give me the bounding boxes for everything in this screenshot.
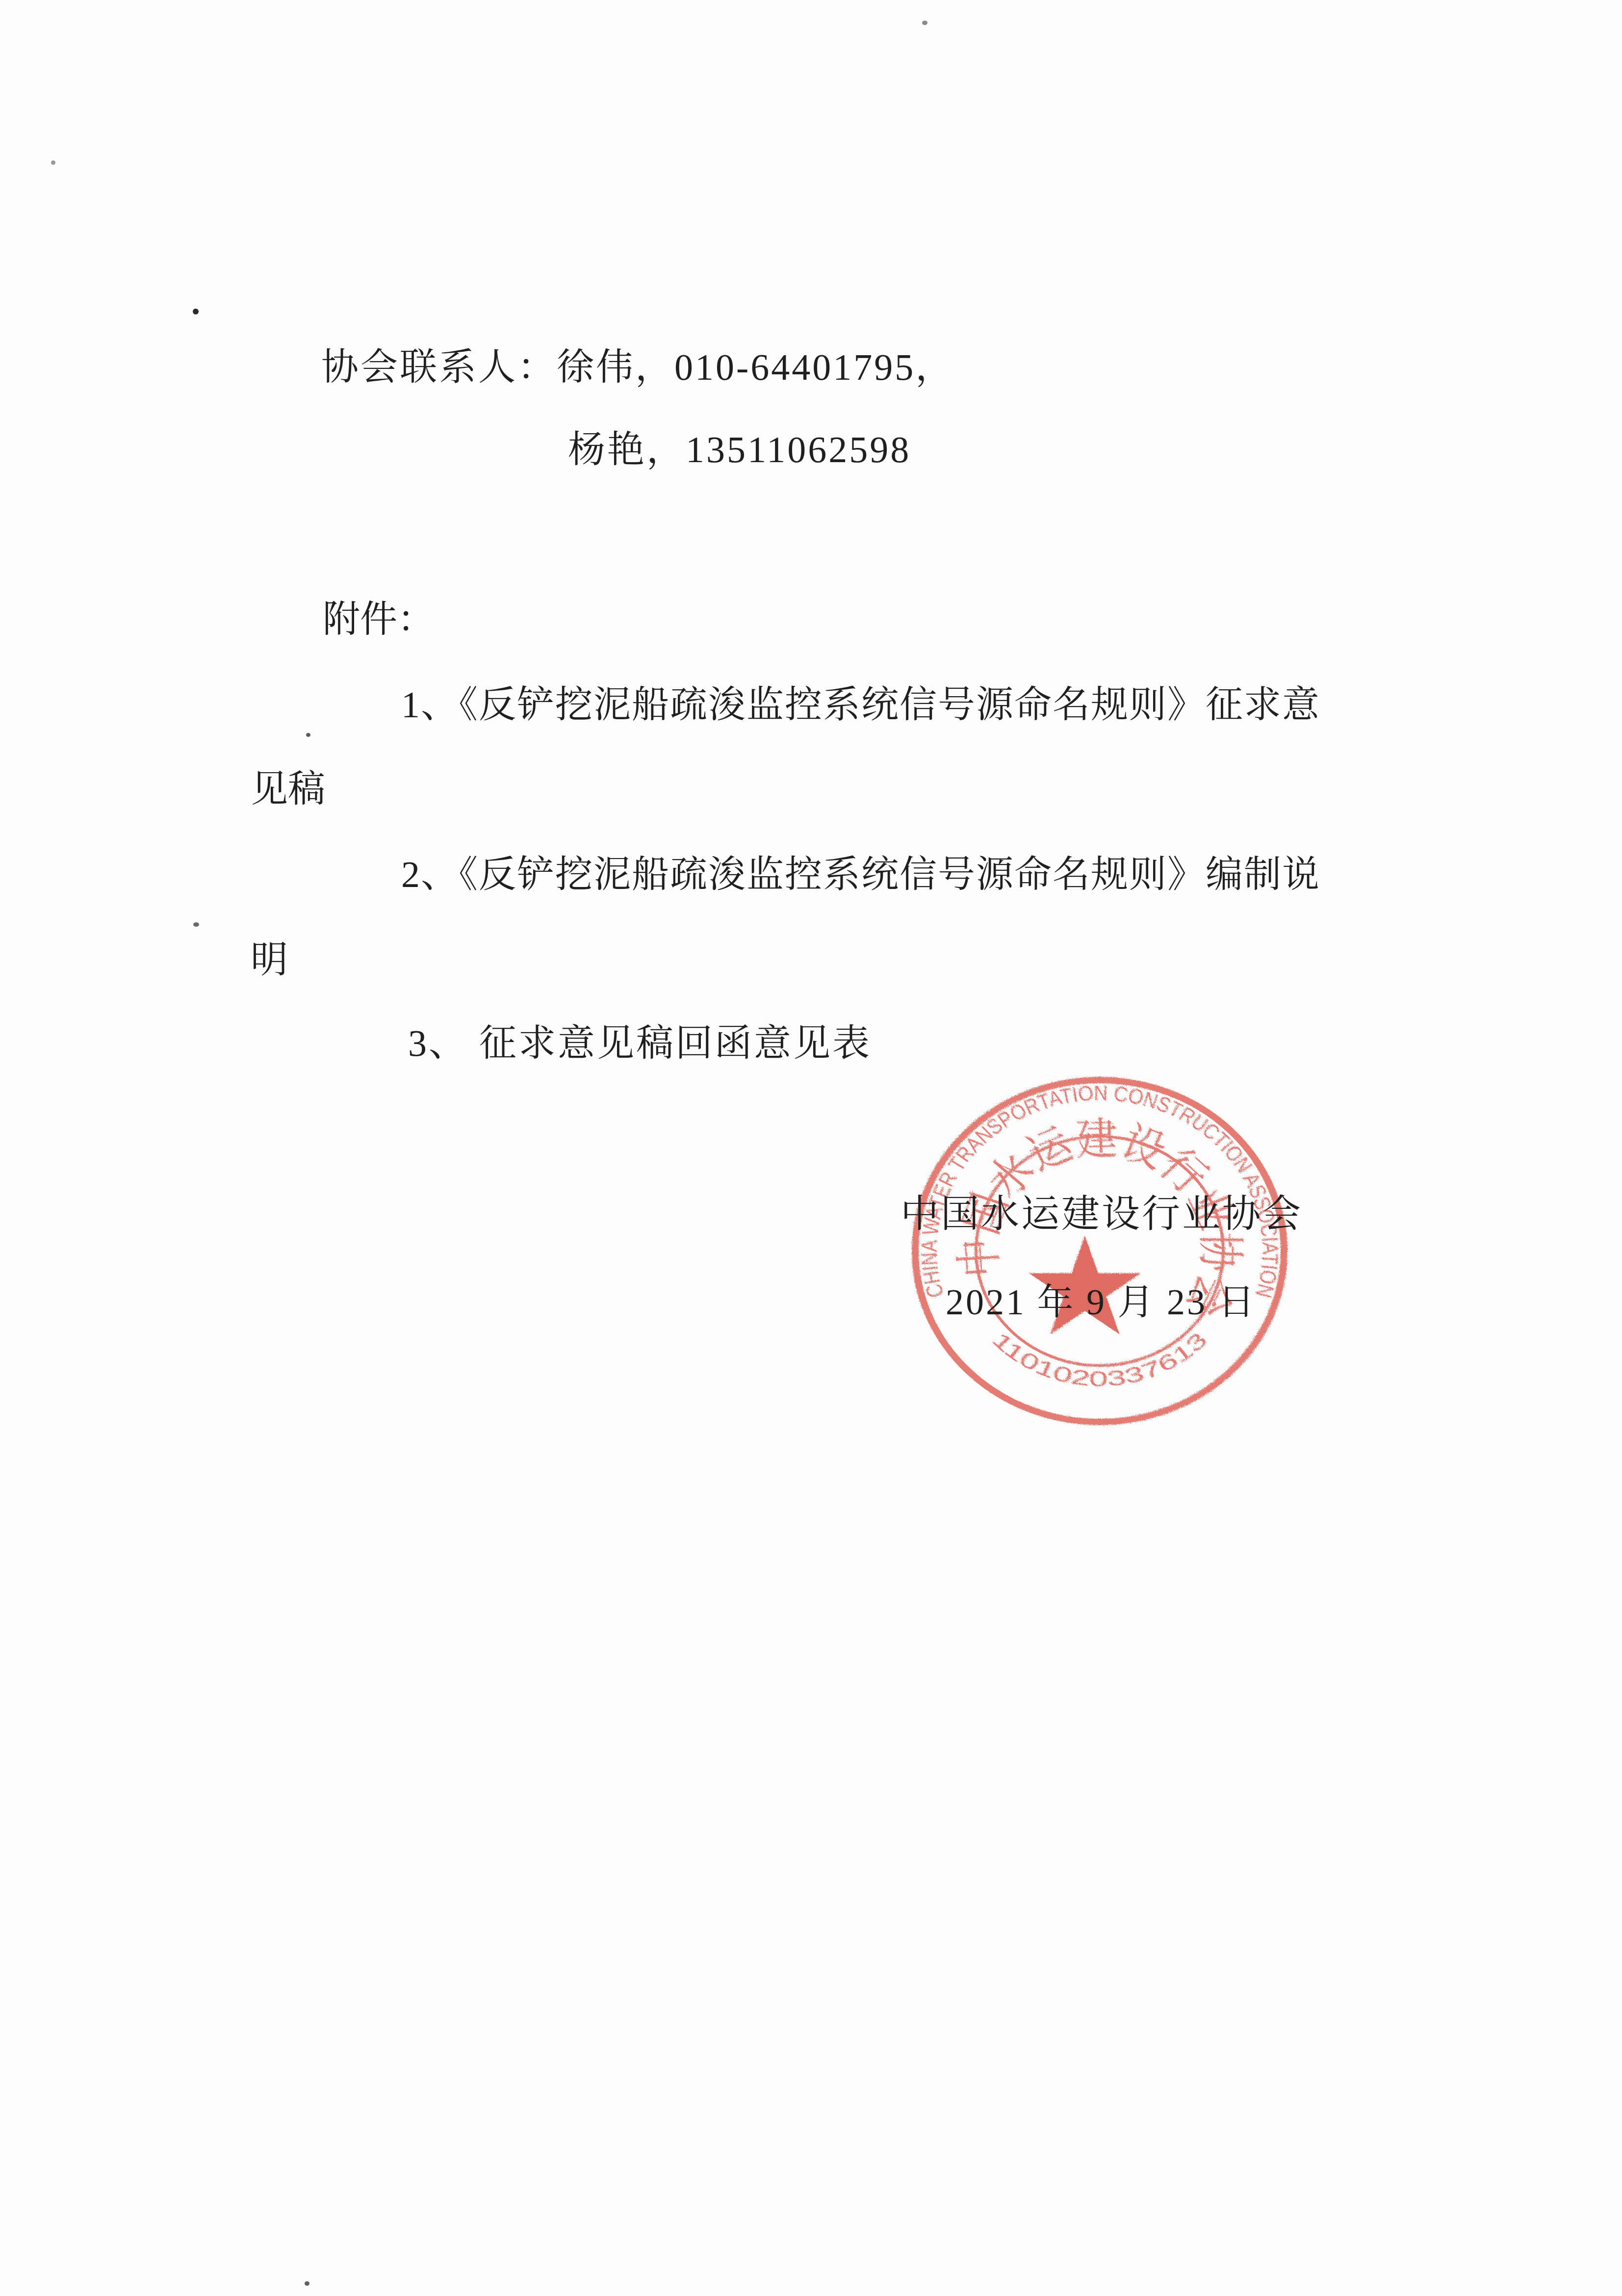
- attachment-item-1-line-2: 见稿: [251, 771, 325, 808]
- attachment-item-3: 3、 征求意见稿回函意见表: [408, 1025, 872, 1062]
- official-seal: CHINA WATER TRANSPORTATION CONSTRUCTION …: [899, 1065, 1301, 1437]
- seal-code-number: 1101020337613: [987, 1328, 1212, 1391]
- attachments-label: 附件：: [323, 601, 435, 638]
- signature-org: 中国水运建设行业协会: [901, 1195, 1303, 1233]
- scan-speck: [922, 21, 927, 25]
- attachment-item-2-line-1: 2、《反铲挖泥船疏浚监控系统信号源命名规则》编制说: [401, 856, 1320, 893]
- contact-line-1: 协会联系人：徐伟，010-64401795，: [321, 349, 954, 386]
- scan-speck: [193, 922, 199, 927]
- contact-line-2: 杨艳，13511062598: [568, 431, 911, 469]
- signature-date: 2021 年 9 月 23 日: [946, 1284, 1257, 1321]
- attachment-item-1-line-1: 1、《反铲挖泥船疏浚监控系统信号源命名规则》征求意: [401, 686, 1320, 724]
- scan-speck: [305, 2281, 309, 2286]
- scan-speck: [306, 733, 310, 737]
- scan-speck: [193, 309, 199, 314]
- attachment-item-2-line-2: 明: [251, 941, 288, 979]
- scanned-document-page: CHINA WATER TRANSPORTATION CONSTRUCTION …: [0, 0, 1622, 2296]
- scan-speck: [51, 160, 55, 165]
